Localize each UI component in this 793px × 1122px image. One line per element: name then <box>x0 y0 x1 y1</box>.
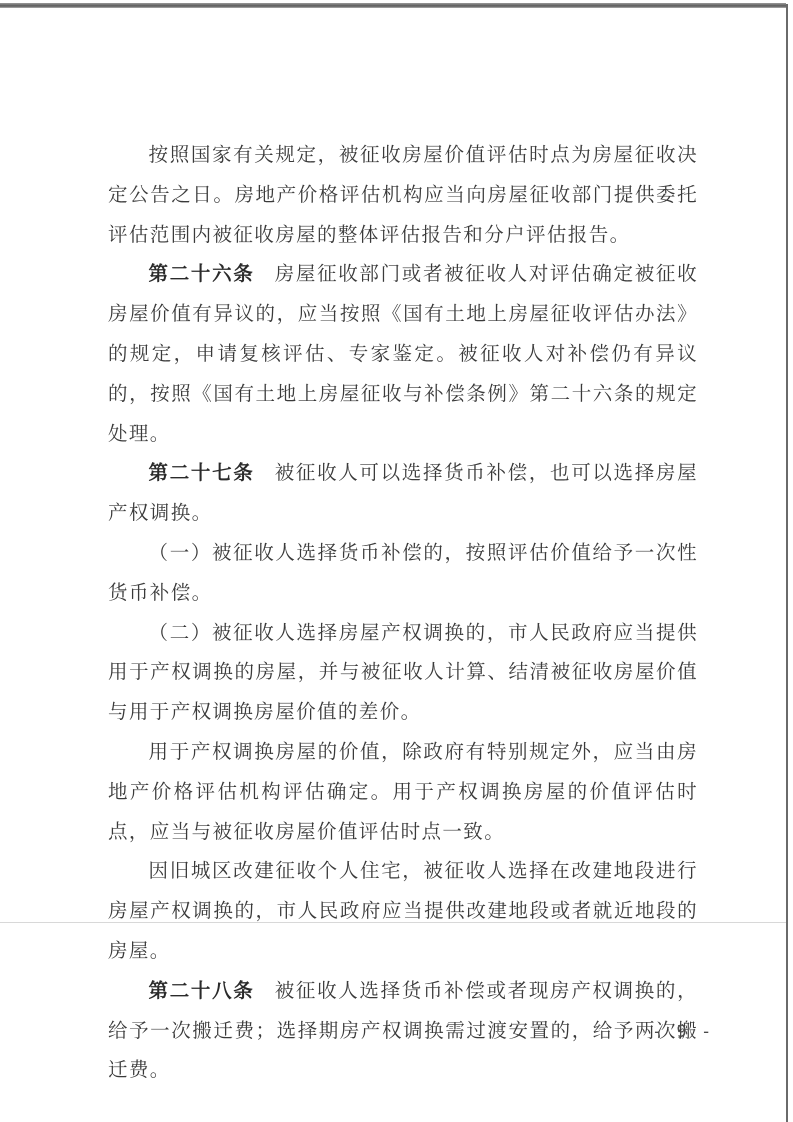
paragraph-text: （二）被征收人选择房屋产权调换的，市人民政府应当提供用于产权调换的房屋，并与被征… <box>108 621 698 724</box>
paragraph-text: 因旧城区改建征收个人住宅，被征收人选择在改建地段进行房屋产权调换的，市人民政府应… <box>108 859 698 962</box>
page-number: - 9 - <box>652 1022 713 1042</box>
paragraph-valuation-date: 按照国家有关规定，被征收房屋价值评估时点为房屋征收决定公告之日。房地产价格评估机… <box>108 135 698 254</box>
paragraph-old-city: 因旧城区改建征收个人住宅，被征收人选择在改建地段进行房屋产权调换的，市人民政府应… <box>108 851 698 970</box>
paragraph-exchange-valuation: 用于产权调换房屋的价值，除政府有特别规定外，应当由房地产价格评估机构评估确定。用… <box>108 732 698 851</box>
paragraph-text: （一）被征收人选择货币补偿的，按照评估价值给予一次性货币补偿。 <box>108 541 698 604</box>
article-26: 第二十六条房屋征收部门或者被征收人对评估确定被征收房屋价值有异议的，应当按照《国… <box>108 254 698 453</box>
paragraph-text: 房屋征收部门或者被征收人对评估确定被征收房屋价值有异议的，应当按照《国有土地上房… <box>108 262 698 444</box>
clause-27-1: （一）被征收人选择货币补偿的，按照评估价值给予一次性货币补偿。 <box>108 533 698 613</box>
document-body: 按照国家有关规定，被征收房屋价值评估时点为房屋征收决定公告之日。房地产价格评估机… <box>108 135 698 1090</box>
article-number: 第二十八条 <box>149 979 255 1002</box>
article-number: 第二十六条 <box>149 262 255 285</box>
scan-right-edge <box>786 4 788 1122</box>
article-number: 第二十七条 <box>149 461 255 484</box>
article-28: 第二十八条被征收人选择货币补偿或者现房产权调换的，给予一次搬迁费；选择期房产权调… <box>108 971 698 1090</box>
paragraph-text: 用于产权调换房屋的价值，除政府有特别规定外，应当由房地产价格评估机构评估确定。用… <box>108 740 698 843</box>
paragraph-text: 按照国家有关规定，被征收房屋价值评估时点为房屋征收决定公告之日。房地产价格评估机… <box>108 143 698 246</box>
clause-27-2: （二）被征收人选择房屋产权调换的，市人民政府应当提供用于产权调换的房屋，并与被征… <box>108 613 698 732</box>
article-27: 第二十七条被征收人可以选择货币补偿，也可以选择房屋产权调换。 <box>108 453 698 533</box>
scan-top-edge <box>0 3 786 8</box>
